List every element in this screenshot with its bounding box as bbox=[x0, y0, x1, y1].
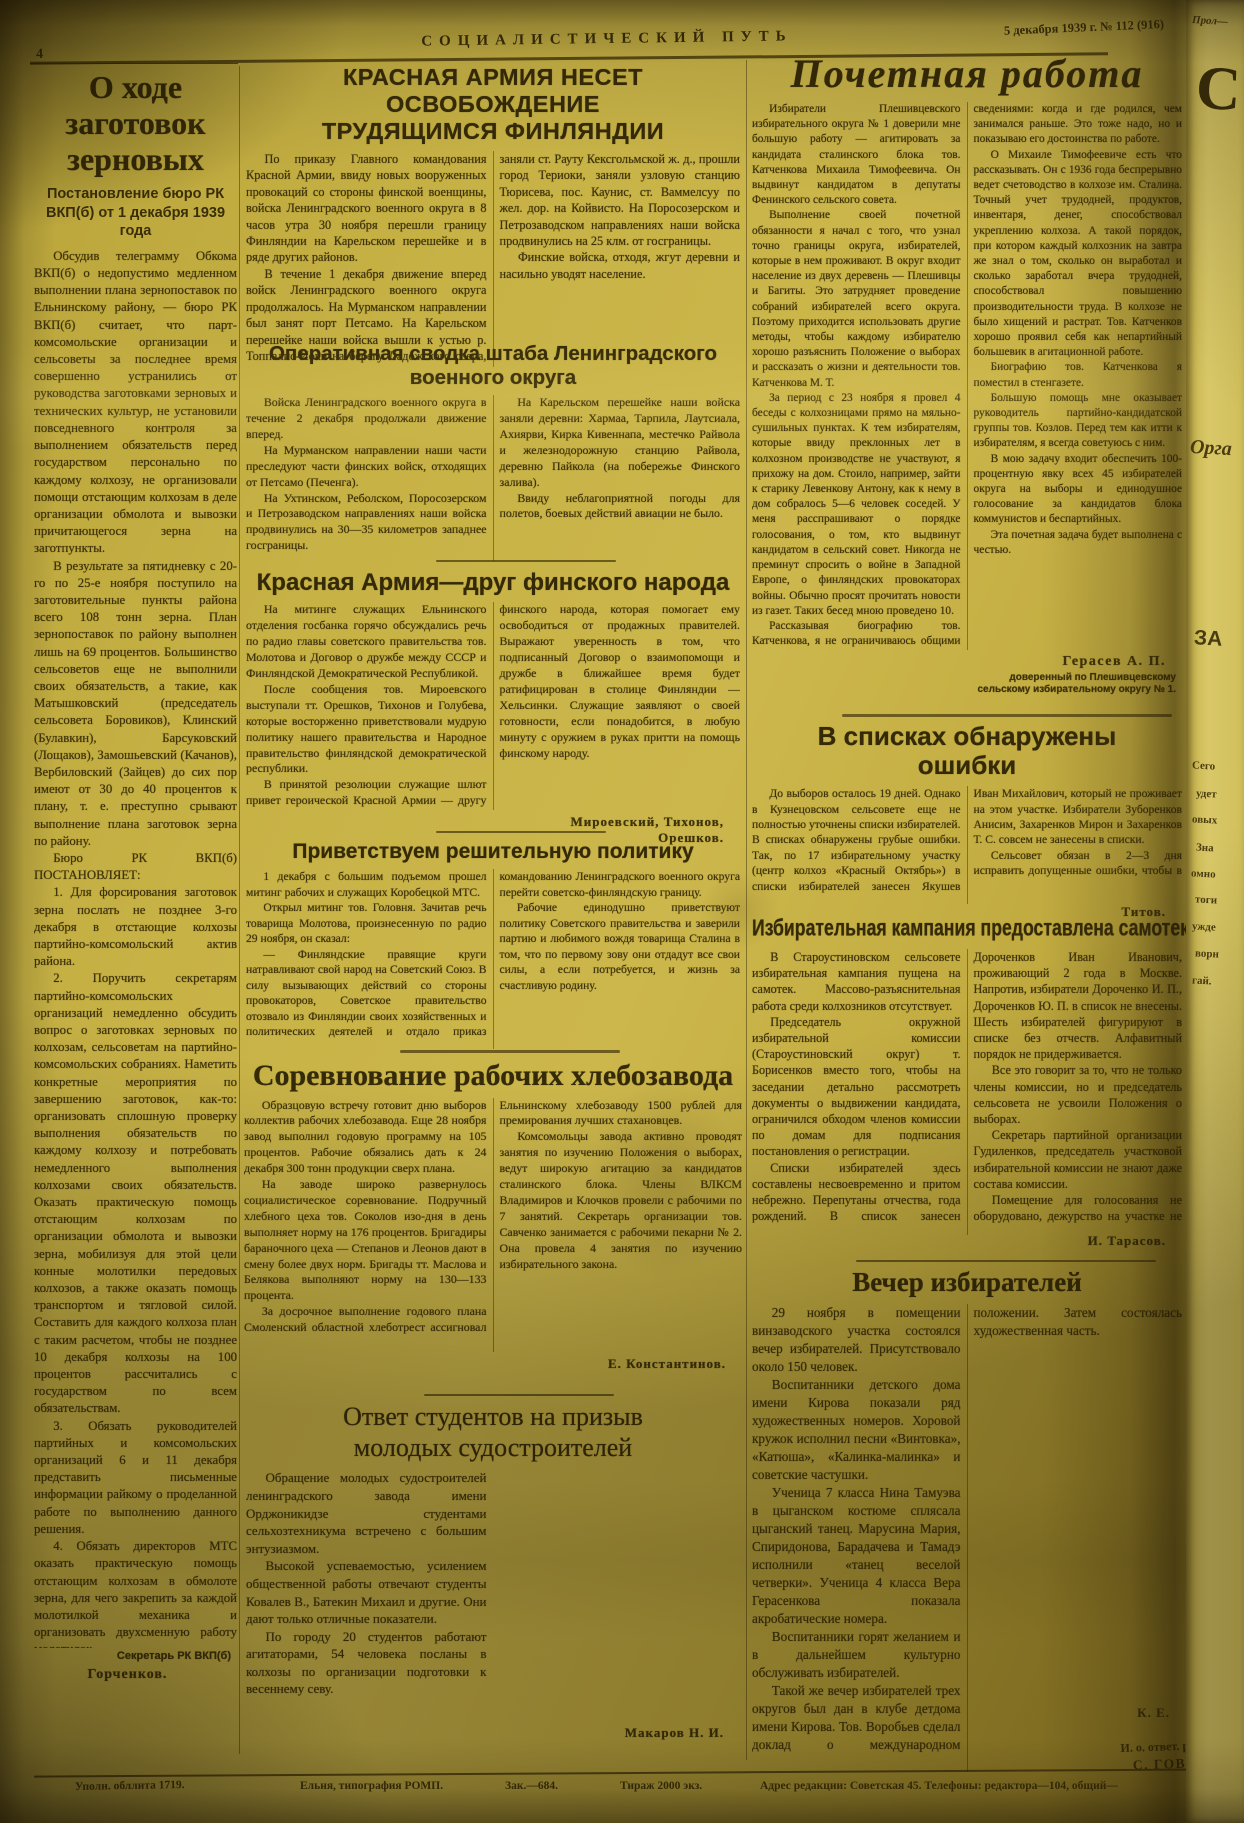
paragraph: Эта почетная задача будет выполнена с че… bbox=[974, 528, 1183, 558]
article-body: 29 ноября в помещении винзаводского учас… bbox=[752, 1304, 1182, 1772]
title-line: Ответ студентов на призыв bbox=[246, 1402, 740, 1433]
paragraph: 29 ноября в помещении винзаводского учас… bbox=[752, 1304, 961, 1376]
paragraph: Все это говорит за то, что не только чле… bbox=[974, 1062, 1183, 1127]
article-body: Обращение молодых судостроителей ленингр… bbox=[246, 1469, 740, 1721]
paragraph: Воспитанники горят желанием и в дальнейш… bbox=[752, 1628, 961, 1682]
paragraph: Рабочие единодушно приветствуют политику… bbox=[500, 900, 741, 993]
article-title: Избирательная кампания предоставлена сам… bbox=[752, 916, 1212, 942]
censor-imprint: Уполн. обллита 1719. bbox=[75, 1779, 185, 1795]
title-line: ТРУДЯЩИМСЯ ФИНЛЯНДИИ bbox=[246, 118, 740, 145]
section-divider bbox=[436, 560, 616, 562]
section-divider bbox=[842, 714, 1172, 717]
adjacent-page-fragment: гай. bbox=[1192, 974, 1212, 987]
paragraph: В Староустиновском сельсовете избиратель… bbox=[752, 949, 961, 1014]
article-body: 1 декабря с большим подъемом прошел мити… bbox=[246, 869, 740, 1049]
article-title: Почетная работа bbox=[752, 52, 1182, 96]
paragraph: В мою задачу входит обеспечить 100-проце… bbox=[974, 452, 1183, 528]
title-line: молодых судостроителей bbox=[246, 1433, 740, 1464]
paragraph: Бюро РК ВКП(б) ПОСТАНОВЛЯЕТ: bbox=[34, 850, 237, 884]
article-bread-factory-competition: Соревнование рабочих хлебозавода Образцо… bbox=[244, 1060, 742, 1372]
paragraph: На митинге служащих Ельнинского отделени… bbox=[246, 602, 487, 682]
adjacent-page-fragment: Зна bbox=[1196, 842, 1214, 855]
signature-line: Мироевский, Тихонов, bbox=[571, 814, 724, 829]
article-title: Вечер избирателей bbox=[752, 1268, 1182, 1298]
paragraph: Высокой успеваемостью, усилением обществ… bbox=[246, 1557, 487, 1627]
adjacent-page-fragment: С bbox=[1194, 57, 1242, 121]
paragraph: Большую помощь мне оказывает руководител… bbox=[974, 391, 1183, 452]
article-body: Образцовую встречу готовит дню выборов к… bbox=[244, 1098, 742, 1352]
paragraph: Образцовую встречу готовит дню выборов к… bbox=[244, 1098, 487, 1178]
article-title: Оперативная сводка штаба Ленинградского … bbox=[246, 342, 740, 389]
article-title: Соревнование рабочих хлебозавода bbox=[244, 1060, 742, 1092]
article-subtitle: Постановление бюро РК ВКП(б) от 1 декабр… bbox=[34, 185, 237, 239]
paragraph: На Мурманском направлении наши части пре… bbox=[246, 443, 487, 491]
article-title: О ходе заготовок зерновых bbox=[34, 70, 237, 177]
paragraph: Комсомольцы завода активно проводят заня… bbox=[500, 1129, 743, 1272]
column-rule-right bbox=[746, 60, 747, 1760]
article-students-answer: Ответ студентов на призыв молодых судост… bbox=[246, 1402, 740, 1741]
adjacent-page-fragment: ЗА bbox=[1193, 627, 1222, 649]
article-honorable-work: Почетная работа Избиратели Плешивцевског… bbox=[752, 52, 1182, 696]
paragraph: Обсудив телеграмму Обкома ВКП(б) о недоп… bbox=[34, 248, 237, 558]
paragraph: 4. Обязать директоров МТС оказать практи… bbox=[34, 1538, 237, 1648]
circulation: Тираж 2000 экз. bbox=[620, 1780, 702, 1794]
adjacent-page-edge: Прол— С Орга ЗА Сего удет овых Зна омно … bbox=[1186, 0, 1244, 1823]
newspaper-scan-photo: 4 СОЦИАЛИСТИЧЕСКИЙ ПУТЬ 5 декабря 1939 г… bbox=[0, 0, 1244, 1823]
paragraph: В результате за пятидневку с 20-го по 25… bbox=[34, 558, 237, 850]
paragraph: Открыл митинг тов. Головня. Зачитав речь… bbox=[246, 900, 487, 947]
printer-imprint: Ельня, типография РОМП. bbox=[300, 1780, 443, 1794]
paragraph: На Карельском перешейке наши войска заня… bbox=[500, 395, 741, 490]
paragraph: Секретарь партийной организации Гудиленк… bbox=[974, 1127, 1183, 1192]
print-order-number: Зак.—684. bbox=[505, 1780, 558, 1794]
section-divider bbox=[424, 1394, 614, 1396]
signature-name: Макаров Н. И. bbox=[246, 1725, 740, 1741]
adjacent-page-fragment: Орга bbox=[1190, 437, 1233, 459]
paragraph: За период с 23 ноября я провел 4 беседы … bbox=[752, 391, 961, 619]
adjacent-page-fragment: Прол— bbox=[1192, 15, 1228, 28]
title-line: военного округа bbox=[246, 366, 740, 390]
paragraph: Выполнение своей почетной обязанности я … bbox=[752, 208, 961, 390]
adjacent-page-fragment: удет bbox=[1196, 787, 1217, 800]
paragraph: По приказу Главного командования Красной… bbox=[246, 151, 487, 266]
article-title: Приветствуем решительную политику bbox=[246, 840, 740, 863]
paragraph: На Ухтинском, Реболском, Поросозерском и… bbox=[246, 491, 487, 555]
paragraph: 1. Для форсирования заготовок зерна посл… bbox=[34, 884, 237, 970]
paragraph: На заводе широко развернулось социалисти… bbox=[244, 1177, 487, 1304]
article-body: По приказу Главного командования Красной… bbox=[246, 151, 740, 367]
signature-role: доверенный по Плешивцевскому сельскому и… bbox=[972, 672, 1182, 696]
article-title: КРАСНАЯ АРМИЯ НЕСЕТ ОСВОБОЖДЕНИЕ ТРУДЯЩИ… bbox=[246, 64, 740, 145]
title-line: В списках обнаружены bbox=[752, 722, 1182, 751]
title-line: Оперативная сводка штаба Ленинградского bbox=[246, 342, 740, 366]
paragraph: После сообщения тов. Мироевского выступа… bbox=[246, 682, 487, 777]
article-body: Обсудив телеграмму Обкома ВКП(б) о недоп… bbox=[34, 248, 237, 1648]
masthead-rule-thin bbox=[30, 63, 238, 64]
title-line: КРАСНАЯ АРМИЯ НЕСЕТ ОСВОБОЖДЕНИЕ bbox=[246, 64, 740, 118]
paragraph: 1 декабря с большим подъемом прошел мити… bbox=[246, 869, 487, 900]
article-red-army-liberation: КРАСНАЯ АРМИЯ НЕСЕТ ОСВОБОЖДЕНИЕ ТРУДЯЩИ… bbox=[246, 64, 740, 367]
paragraph: 2. Поручить секретарям партийно-комсомол… bbox=[34, 970, 237, 1417]
article-body: Войска Ленинградского военного округа в … bbox=[246, 395, 740, 561]
article-grain-procurement: О ходе заготовок зерновых Постановление … bbox=[34, 66, 237, 1683]
signature-role: Секретарь РК ВКП(б) bbox=[34, 1650, 237, 1663]
signature-name: Герасев А. П. bbox=[752, 654, 1182, 670]
article-voters-evening: Вечер избирателей 29 ноября в помещении … bbox=[752, 1268, 1182, 1772]
adjacent-page-fragment: омно bbox=[1191, 867, 1216, 880]
article-body: Избиратели Плешивцевского избирательного… bbox=[752, 102, 1182, 650]
paragraph: Ввиду неблагоприятной погоды для полетов… bbox=[500, 491, 741, 523]
paragraph: 3. Обязать руководителей партийных и ком… bbox=[34, 1418, 237, 1538]
article-body: До выборов осталось 19 дней. Однако в Ку… bbox=[752, 786, 1182, 904]
paragraph: Избиратели Плешивцевского избирательного… bbox=[752, 102, 961, 208]
paragraph: Председатель окружной избирательной коми… bbox=[752, 1014, 961, 1160]
title-line: ошибки bbox=[752, 751, 1182, 780]
paragraph: Обращение молодых судостроителей ленингр… bbox=[246, 1469, 487, 1557]
signature-name: Горченков. bbox=[34, 1667, 237, 1683]
article-body: В Староустиновском сельсовете избиратель… bbox=[752, 949, 1182, 1235]
section-divider bbox=[436, 831, 606, 833]
paragraph: Биографию тов. Катченкова я поместил в с… bbox=[974, 360, 1183, 390]
paragraph: Ученица 7 класса Нина Тамуэва в цыганско… bbox=[752, 1484, 961, 1628]
adjacent-page-fragment: овых bbox=[1192, 813, 1218, 826]
section-divider bbox=[400, 1050, 620, 1053]
article-friend-of-finnish-people: Красная Армия—друг финского народа На ми… bbox=[246, 570, 740, 846]
article-campaign-left-to-drift: Избирательная кампания предоставлена сам… bbox=[752, 920, 1182, 1249]
signature-name: К. Е. bbox=[1060, 1706, 1170, 1719]
editorial-address: Адрес редакции: Советская 45. Телефоны: … bbox=[760, 1780, 1244, 1794]
article-title: Красная Армия—друг финского народа bbox=[246, 570, 740, 596]
article-decisive-policy: Приветствуем решительную политику 1 дека… bbox=[246, 840, 740, 1049]
adjacent-page-fragment: ворн bbox=[1195, 947, 1219, 960]
article-body: На митинге служащих Ельнинского отделени… bbox=[246, 602, 740, 810]
paragraph: По городу 20 студентов работают агитатор… bbox=[246, 1628, 487, 1698]
article-operational-report: Оперативная сводка штаба Ленинградского … bbox=[246, 342, 740, 561]
article-title: Ответ студентов на призыв молодых судост… bbox=[246, 1402, 740, 1463]
signature-name: Е. Константинов. bbox=[244, 1356, 742, 1372]
paragraph: Финские войска, отходя, жгут деревни и н… bbox=[500, 249, 741, 282]
article-errors-in-voter-lists: В списках обнаружены ошибки До выборов о… bbox=[752, 722, 1182, 920]
paragraph: Войска Ленинградского военного округа в … bbox=[246, 395, 487, 443]
signature-name: И. Тарасов. bbox=[752, 1233, 1182, 1249]
paragraph: Воспитанники детского дома имени Кирова … bbox=[752, 1376, 961, 1484]
section-divider bbox=[856, 1260, 1156, 1262]
article-title: В списках обнаружены ошибки bbox=[752, 722, 1182, 780]
adjacent-page-fragment: ужде bbox=[1192, 920, 1216, 933]
paragraph: О Михаиле Тимофеевиче есть что рассказыв… bbox=[974, 148, 1183, 361]
column-rule-left bbox=[239, 66, 240, 1754]
adjacent-page-fragment: тоги bbox=[1195, 893, 1218, 906]
adjacent-page-fragment: Сего bbox=[1192, 759, 1216, 772]
